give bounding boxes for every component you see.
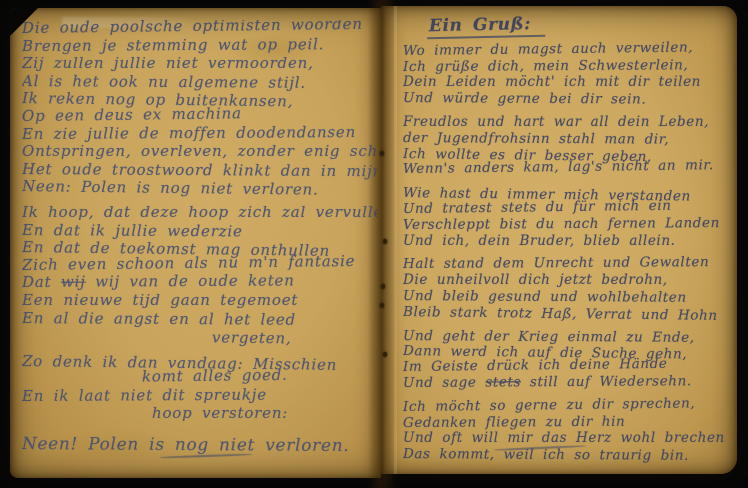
- stanza: Wie hast du immer mich verstandenUnd tra…: [403, 186, 735, 249]
- stanza: Halt stand dem Unrecht und GewaltenDie u…: [403, 257, 735, 320]
- handwritten-line: Verschleppt bist du nach fernen Landen: [403, 216, 735, 234]
- handwritten-line: En al die angst en al het leed: [22, 310, 378, 330]
- stitch-hole: [383, 239, 387, 244]
- handwritten-line: Bleib stark trotz Haß, Verrat und Hohn: [403, 305, 735, 325]
- struck-word: stets: [485, 374, 521, 390]
- stitch-hole: [380, 151, 384, 156]
- handwritten-line: Ich grüße dich, mein Schwesterlein,: [403, 58, 735, 76]
- diary-scan: Die oude poolsche optimisten woordenBren…: [0, 0, 748, 488]
- left-page: Die oude poolsche optimisten woordenBren…: [10, 8, 381, 478]
- stitch-hole: [383, 352, 387, 357]
- handwritten-line: Wenn's anders kam, lag's nicht an mir.: [403, 158, 735, 178]
- handwritten-line: vergeten,: [22, 327, 378, 349]
- handwritten-line: Das kommt, weil ich so traurig bin.: [403, 447, 735, 465]
- stanza: Und geht der Krieg einmal zu Ende,Dann w…: [403, 329, 735, 392]
- handwritten-line: Neen: Polen is nog niet verloren.: [22, 178, 378, 200]
- stanza: Zo denk ik dan vandaag: Misschienkomt al…: [22, 353, 378, 453]
- stitch-hole: [381, 284, 385, 289]
- handwritten-line: En ik laat niet dit spreukje: [22, 386, 378, 406]
- right-page-stanzas: Wo immer du magst auch verweilen,Ich grü…: [403, 44, 735, 463]
- handwritten-line: Ik hoop, dat deze hoop zich zal vervulle…: [22, 204, 378, 222]
- stanza: Freudlos und hart war all dein Leben,der…: [403, 115, 735, 178]
- handwritten-line: Brengen je stemming wat op peil.: [22, 35, 378, 55]
- right-page: Ein Gruß: Wo immer du magst auch verweil…: [381, 6, 737, 474]
- handwritten-line: Und oft will mir das Herz wohl brechen: [403, 431, 735, 447]
- right-page-text: Ein Gruß: Wo immer du magst auch verweil…: [403, 14, 735, 466]
- stanza: Ik hoop, dat deze hoop zich zal vervulle…: [22, 204, 378, 345]
- handwritten-line: Gedanken fliegen zu dir hin: [403, 414, 735, 432]
- poem-title: Ein Gruß:: [427, 17, 546, 39]
- stitch-hole: [380, 303, 384, 308]
- handwritten-line: Die unheilvoll dich jetzt bedrohn,: [403, 273, 735, 289]
- handwritten-line: Dat wij wij van de oude keten: [22, 272, 378, 292]
- handwritten-line: Und ich, dein Bruder, blieb allein.: [403, 234, 735, 250]
- handwritten-line: komt alles goed.: [22, 366, 378, 388]
- handwritten-line: Ontspringen, overleven, zonder enig scha…: [22, 143, 378, 161]
- handwritten-line: Een nieuwe tijd gaan tegemoet: [22, 292, 378, 310]
- left-page-text: Die oude poolsche optimisten woordenBren…: [22, 20, 378, 472]
- handwritten-line: Und sage stets still auf Wiedersehn.: [403, 374, 735, 392]
- handwritten-line: Neen! Polen is nog niet verloren.: [22, 435, 378, 455]
- handwritten-line: Freudlos und hart war all dein Leben,: [403, 115, 735, 131]
- handwritten-line: hoop verstoren:: [22, 405, 378, 423]
- handwritten-line: Ich möcht so gerne zu dir sprechen,: [403, 396, 735, 416]
- stanza: Ich möcht so gerne zu dir sprechen,Gedan…: [403, 400, 735, 463]
- handwritten-line: Halt stand dem Unrecht und Gewalten: [403, 255, 735, 273]
- stanza: Wo immer du magst auch verweilen,Ich grü…: [403, 44, 735, 107]
- struck-word: wij: [61, 273, 86, 291]
- handwritten-line: Zij zullen jullie niet vermoorden,: [22, 55, 378, 73]
- handwritten-line: Dein Leiden möcht' ich mit dir teilen: [403, 75, 735, 91]
- stanza: Die oude poolsche optimisten woordenBren…: [22, 20, 378, 196]
- handwritten-line: Und würde gerne bei dir sein.: [403, 91, 735, 109]
- handwritten-line: En zie jullie de moffen doodendansen: [22, 123, 378, 143]
